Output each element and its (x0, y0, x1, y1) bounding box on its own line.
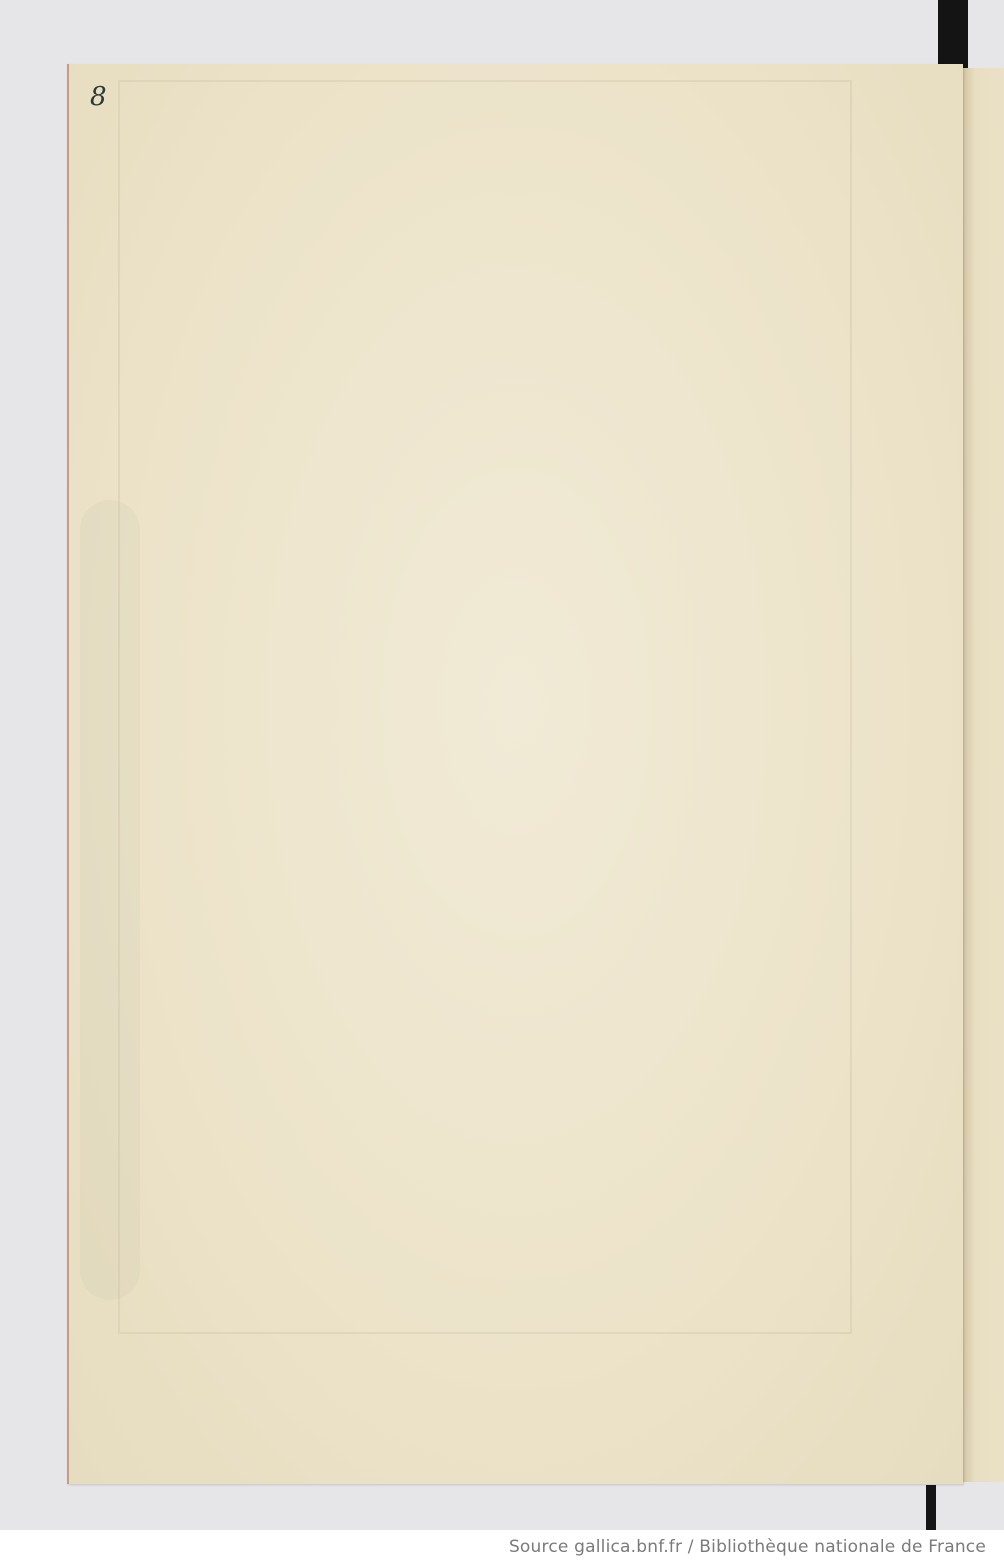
bookmark-ribbon-top (938, 0, 968, 70)
facing-page-edge (961, 68, 1004, 1482)
page-number: 8 (90, 82, 107, 112)
page-frame (118, 80, 852, 1334)
bookmark-ribbon-bottom (926, 1485, 936, 1530)
source-attribution: Source gallica.bnf.fr / Bibliothèque nat… (509, 1537, 986, 1557)
